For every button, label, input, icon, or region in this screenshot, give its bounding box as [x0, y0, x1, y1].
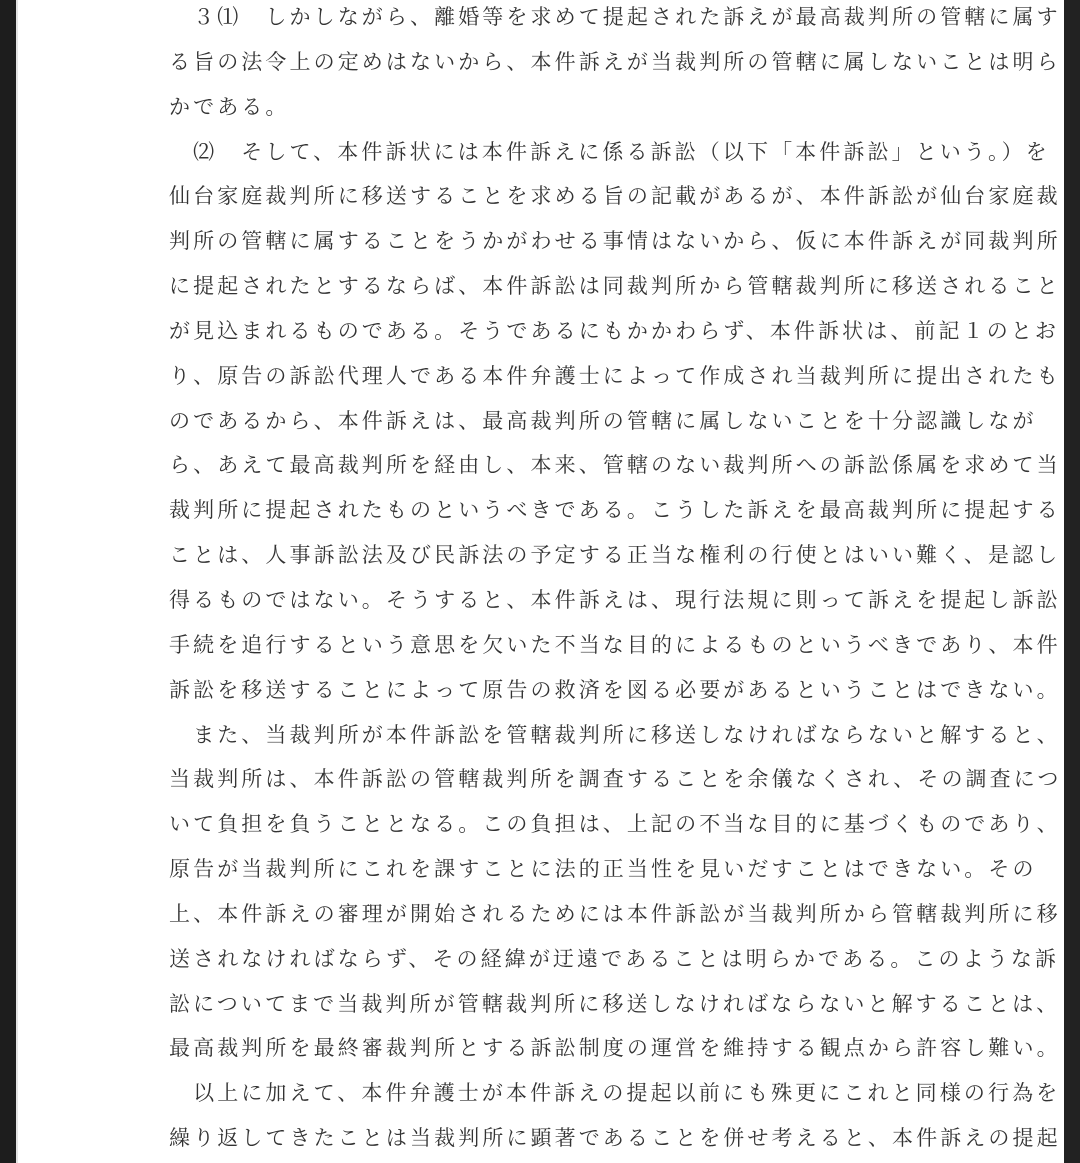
text-line: り、原告の訴訟代理人である本件弁護士によって作成され当裁判所に提出されたも	[169, 354, 989, 399]
text-line: 仙台家庭裁判所に移送することを求める旨の記載があるが、本件訴訟が仙台家庭裁	[169, 174, 989, 219]
text-line: 送されなければならず、その経緯が迂遠であることは明らかである。このような訴	[169, 937, 989, 982]
document-viewer: ３⑴ しかしながら、離婚等を求めて提起された訴えが最高裁判所の管轄に属す る旨の…	[0, 0, 1080, 1163]
document-body-text: ３⑴ しかしながら、離婚等を求めて提起された訴えが最高裁判所の管轄に属す る旨の…	[169, 0, 989, 1161]
left-margin-strip	[0, 0, 16, 1163]
text-line: 訟についてまで当裁判所が管轄裁判所に移送しなければならないと解することは、	[169, 982, 989, 1027]
text-line: に提起されたとするならば、本件訴訟は同裁判所から管轄裁判所に移送されること	[169, 264, 989, 309]
text-line: 判所の管轄に属することをうかがわせる事情はないから、仮に本件訴えが同裁判所	[169, 219, 989, 264]
right-margin-strip	[1064, 0, 1080, 1163]
text-line: 当裁判所は、本件訴訟の管轄裁判所を調査することを余儀なくされ、その調査につ	[169, 757, 989, 802]
text-line: のであるから、本件訴えは、最高裁判所の管轄に属しないことを十分認識しなが	[169, 399, 989, 444]
text-line: 繰り返してきたことは当裁判所に顕著であることを併せ考えると、本件訴えの提起	[169, 1116, 989, 1161]
document-page[interactable]: ３⑴ しかしながら、離婚等を求めて提起された訴えが最高裁判所の管轄に属す る旨の…	[16, 0, 1064, 1163]
text-line: 原告が当裁判所にこれを課すことに法的正当性を見いだすことはできない。その	[169, 847, 989, 892]
text-line: 以上に加えて、本件弁護士が本件訴えの提起以前にも殊更にこれと同様の行為を	[169, 1071, 989, 1116]
text-line: る旨の法令上の定めはないから、本件訴えが当裁判所の管轄に属しないことは明ら	[169, 40, 989, 85]
text-line: 最高裁判所を最終審裁判所とする訴訟制度の運営を維持する観点から許容し難い。	[169, 1026, 989, 1071]
text-line: 裁判所に提起されたものというべきである。こうした訴えを最高裁判所に提起する	[169, 488, 989, 533]
text-line: 手続を追行するという意思を欠いた不当な目的によるものというべきであり、本件	[169, 623, 989, 668]
text-line: ことは、人事訴訟法及び民訴法の予定する正当な権利の行使とはいい難く、是認し	[169, 533, 989, 578]
text-line: また、当裁判所が本件訴訟を管轄裁判所に移送しなければならないと解すると、	[169, 713, 989, 758]
text-line: ３⑴ しかしながら、離婚等を求めて提起された訴えが最高裁判所の管轄に属す	[169, 0, 989, 40]
text-line: ら、あえて最高裁判所を経由し、本来、管轄のない裁判所への訴訟係属を求めて当	[169, 443, 989, 488]
text-line: ⑵ そして、本件訴状には本件訴えに係る訴訟（以下「本件訴訟」という。）を	[169, 130, 989, 175]
text-line: かである。	[169, 85, 989, 130]
text-line: いて負担を負うこととなる。この負担は、上記の不当な目的に基づくものであり、	[169, 802, 989, 847]
text-line: 訴訟を移送することによって原告の救済を図る必要があるということはできない。	[169, 668, 989, 713]
text-line: 得るものではない。そうすると、本件訴えは、現行法規に則って訴えを提起し訴訟	[169, 578, 989, 623]
text-line: が見込まれるものである。そうであるにもかかわらず、本件訴状は、前記１のとお	[169, 309, 989, 354]
text-line: 上、本件訴えの審理が開始されるためには本件訴訟が当裁判所から管轄裁判所に移	[169, 892, 989, 937]
